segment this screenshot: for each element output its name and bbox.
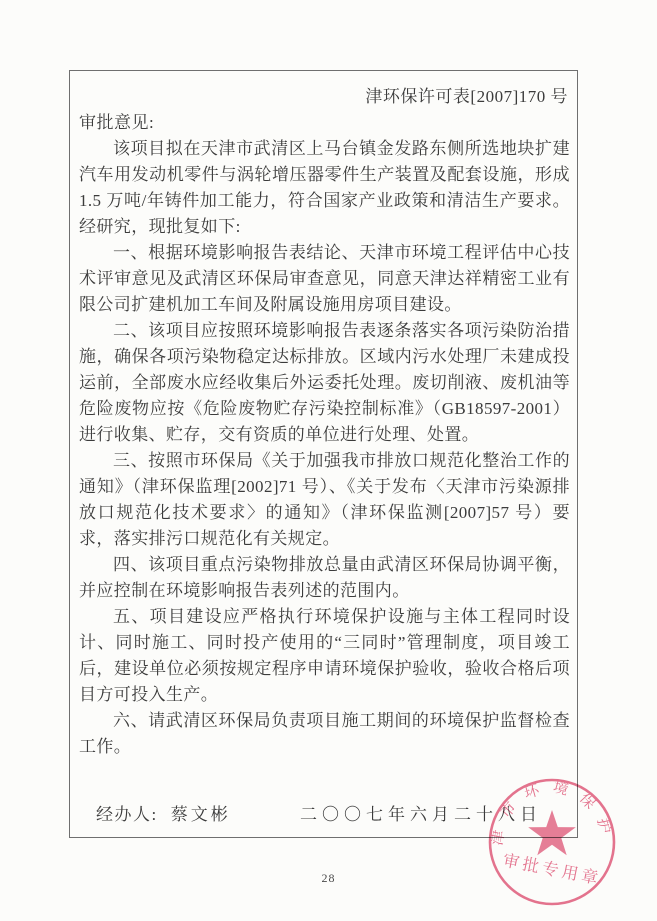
paragraph-item-5: 五、项目建设应严格执行环境保护设施与主体工程同时设计、同时施工、同时投产使用的“… (79, 604, 570, 708)
paragraph-item-3: 三、按照市环保局《关于加强我市排放口规范化整治工作的通知》（津环保监理[2002… (79, 448, 570, 552)
signature-row: 经办人:蔡文彬 二〇〇七年六月二十八日 (79, 802, 570, 828)
paragraph-intro: 该项目拟在天津市武清区上马台镇金发路东侧所选地块扩建汽车用发动机零件与涡轮增压器… (79, 136, 570, 240)
handler-label: 经办人: (96, 805, 158, 824)
paragraph-item-2: 二、该项目应按照环境影响报告表逐条落实各项污染防治措施，确保各项污染物稳定达标排… (79, 318, 570, 448)
paragraph-item-4: 四、该项目重点污染物排放总量由武清区环保局协调平衡，并应控制在环境影响报告表列述… (79, 552, 570, 604)
scanned-document-page: 津环保许可表[2007]170 号 审批意见: 该项目拟在天津市武清区上马台镇金… (0, 0, 657, 921)
official-stamp: 天津市环境保护局 审批专用章 (486, 776, 618, 908)
paragraph-item-6: 六、请武清区环保局负责项目施工期间的环境保护监督检查工作。 (79, 708, 570, 760)
document-frame: 津环保许可表[2007]170 号 审批意见: 该项目拟在天津市武清区上马台镇金… (69, 70, 578, 838)
page-number: 28 (0, 871, 657, 886)
approval-body-text: 该项目拟在天津市武清区上马台镇金发路东侧所选地块扩建汽车用发动机零件与涡轮增压器… (79, 136, 570, 760)
handler-name: 蔡文彬 (171, 805, 231, 824)
document-reference-number: 津环保许可表[2007]170 号 (79, 84, 570, 110)
handler-block: 经办人:蔡文彬 (79, 802, 231, 828)
approval-date: 二〇〇七年六月二十八日 (300, 802, 542, 828)
paragraph-item-1: 一、根据环境影响报告表结论、天津市环境工程评估中心技术评审意见及武清区环保局审查… (79, 240, 570, 318)
section-title-approval-opinion: 审批意见: (79, 110, 570, 136)
